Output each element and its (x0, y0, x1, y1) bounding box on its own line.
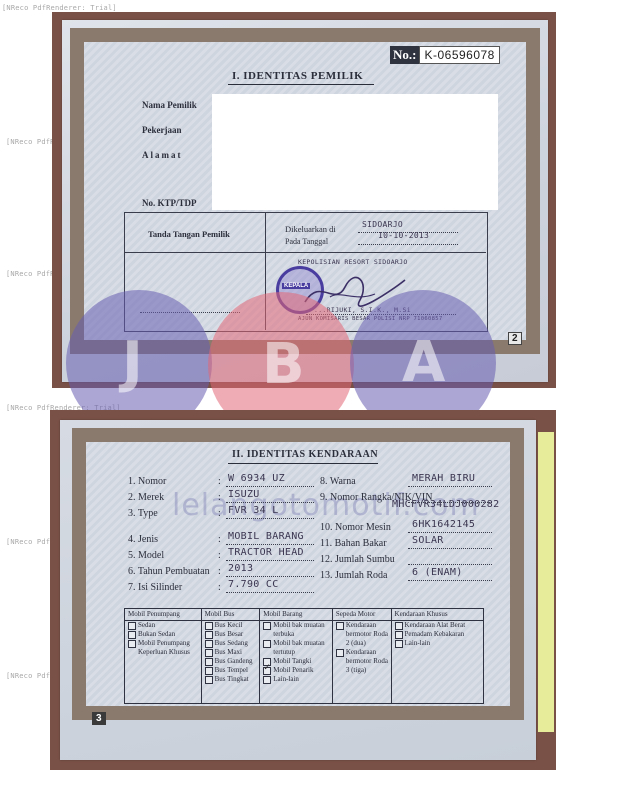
checkbox-icon (205, 667, 213, 675)
field-label: 5. Model (128, 550, 164, 561)
category-header: Mobil Bus (202, 609, 260, 621)
field-underline (226, 576, 314, 577)
field-label: 10. Nomor Mesin (320, 522, 391, 533)
page2-title-underline (228, 463, 378, 464)
option-label: Kendaraan bermotor Roda 2 (dua) (346, 621, 390, 648)
field-label: 2. Merek (128, 492, 164, 503)
field-value: MHCFVR34LDJ000282 (392, 499, 499, 510)
checkbox-icon (336, 649, 344, 657)
checkbox-icon (263, 622, 271, 630)
checkbox-icon (128, 640, 136, 648)
renderer-trial-label: [NReco PdfRenderer: Trial] (2, 4, 117, 12)
field-value: 2013 (228, 563, 253, 574)
option-label: Mobil bak muatan terbuka (273, 621, 331, 639)
date-label: Pada Tanggal (285, 237, 328, 246)
registration-number-label: No.: (390, 46, 419, 64)
category-header: Mobil Barang (260, 609, 332, 621)
title-underline (228, 84, 374, 85)
field-underline (226, 560, 314, 561)
field-value: FVR 34 L (228, 505, 279, 516)
field-value: W 6934 UZ (228, 473, 285, 484)
field-value: 7.790 CC (228, 579, 279, 590)
option-label: Kendaraan Alat Berat (405, 621, 466, 630)
field-colon: : (218, 566, 221, 577)
field-colon: : (218, 508, 221, 519)
vehicle-category-grid: Mobil PenumpangSedanBukan SedanMobil Pen… (124, 608, 484, 704)
category-column: Mobil PenumpangSedanBukan SedanMobil Pen… (125, 609, 202, 703)
option-label: Bus Sedang (215, 639, 248, 648)
category-option: Bus Kecil (202, 621, 260, 630)
field-underline (408, 548, 492, 549)
field-colon: : (218, 534, 221, 545)
category-column: Sepeda MotorKendaraan bermotor Roda 2 (d… (333, 609, 392, 703)
checkbox-icon (205, 622, 213, 630)
field-colon: : (218, 492, 221, 503)
category-header: Sepeda Motor (333, 609, 391, 621)
category-header: Mobil Penumpang (125, 609, 201, 621)
option-label: Mobil Tangki (273, 657, 311, 666)
field-label: 11. Bahan Bakar (320, 538, 387, 549)
field-colon: : (218, 582, 221, 593)
option-label: Bus Besar (215, 630, 244, 639)
registration-number-value: K-06596078 (419, 46, 499, 64)
checkbox-icon (205, 676, 213, 684)
field-label: 6. Tahun Pembuatan (128, 566, 210, 577)
category-option: Bus Sedang (202, 639, 260, 648)
option-label: Bukan Sedan (138, 630, 175, 639)
field-underline (226, 502, 314, 503)
category-option: Mobil Penarik (260, 666, 332, 675)
field-label: 8. Warna (320, 476, 356, 487)
category-option: Lain-lain (260, 675, 332, 684)
occupation-label: Pekerjaan (142, 125, 182, 135)
field-label: 12. Jumlah Sumbu (320, 554, 395, 565)
option-label: Bus Maxi (215, 648, 242, 657)
option-label: Mobil bak muatan tertutup (273, 639, 331, 657)
field-label: 4. Jenis (128, 534, 158, 545)
field-value: TRACTOR HEAD (228, 547, 304, 558)
date-line (358, 244, 458, 245)
field-value: SOLAR (412, 535, 444, 546)
page2-number: 3 (92, 712, 106, 725)
checkbox-icon (395, 631, 403, 639)
checkbox-icon (395, 640, 403, 648)
field-underline (408, 532, 492, 533)
option-label: Kendaraan bermotor Roda 3 (tiga) (346, 648, 390, 675)
category-column: Kendaraan KhususKendaraan Alat BeratPema… (392, 609, 483, 703)
category-option: Bus Tingkat (202, 675, 260, 684)
option-label: Pemadam Kebakaran (405, 630, 465, 639)
watermark-letter-j: J (122, 330, 143, 395)
category-option: Pemadam Kebakaran (392, 630, 483, 639)
field-label: 3. Type (128, 508, 158, 519)
option-label: Mobil Penumpang Keperluan Khusus (138, 639, 200, 657)
category-column: Mobil BusBus KecilBus BesarBus SedangBus… (202, 609, 261, 703)
date-value: 10-10-2013 (378, 231, 429, 240)
watermark-letter-b: B (262, 332, 305, 397)
checkbox-icon (263, 640, 271, 648)
checkbox-icon (205, 640, 213, 648)
field-underline (226, 486, 314, 487)
option-label: Sedan (138, 621, 155, 630)
signature-table-row-divider (124, 252, 486, 253)
field-underline (408, 486, 492, 487)
checkbox-icon (128, 622, 136, 630)
checkbox-icon (395, 622, 403, 630)
field-value: MOBIL BARANG (228, 531, 304, 542)
registration-number-box: No.: K-06596078 (390, 46, 500, 64)
owner-name-label: Nama Pemilik (142, 100, 197, 110)
field-colon: : (218, 476, 221, 487)
option-label: Bus Gandeng (215, 657, 253, 666)
next-page-edge (538, 432, 554, 732)
option-label: Bus Kecil (215, 621, 243, 630)
category-option: Bus Gandeng (202, 657, 260, 666)
field-value: ISUZU (228, 489, 260, 500)
category-option: Bus Tempel (202, 666, 260, 675)
owner-signature-label: Tanda Tangan Pemilik (148, 229, 230, 239)
field-underline (408, 502, 492, 503)
option-label: Mobil Penarik (273, 666, 313, 675)
category-option: Lain-lain (392, 639, 483, 648)
category-column: Mobil BarangMobil bak muatan terbukaMobi… (260, 609, 333, 703)
field-value: MERAH BIRU (412, 473, 475, 484)
field-label: 13. Jumlah Roda (320, 570, 388, 581)
category-option: Bukan Sedan (125, 630, 201, 639)
field-label: 1. Nomor (128, 476, 166, 487)
page1-number: 2 (508, 332, 522, 345)
category-option: Kendaraan Alat Berat (392, 621, 483, 630)
category-option: Mobil Tangki (260, 657, 332, 666)
option-label: Lain-lain (405, 639, 431, 648)
category-option: Bus Besar (202, 630, 260, 639)
field-underline (226, 592, 314, 593)
checkbox-icon (128, 631, 136, 639)
checkbox-icon (263, 676, 271, 684)
field-label: 7. Isi Silinder (128, 582, 182, 593)
option-label: Bus Tingkat (215, 675, 249, 684)
page2-title: II. IDENTITAS KENDARAAN (232, 449, 378, 460)
redacted-owner-info (212, 94, 498, 210)
field-underline (408, 580, 492, 581)
field-underline (226, 518, 314, 519)
checkbox-icon (205, 658, 213, 666)
checkbox-icon (336, 622, 344, 630)
category-option: Bus Maxi (202, 648, 260, 657)
category-option: Mobil Penumpang Keperluan Khusus (125, 639, 201, 657)
checkbox-icon (205, 631, 213, 639)
watermark-letter-a: A (402, 330, 445, 395)
field-value: 6HK1642145 (412, 519, 475, 530)
ktp-label: No. KTP/TDP (142, 198, 197, 208)
issued-at-value: SIDOARJO (362, 220, 403, 229)
option-label: Bus Tempel (215, 666, 248, 675)
category-option: Kendaraan bermotor Roda 3 (tiga) (333, 648, 391, 675)
category-header: Kendaraan Khusus (392, 609, 483, 621)
issuer-title: KEPOLISIAN RESORT SIDOARJO (298, 258, 408, 266)
checked-checkbox-icon (263, 667, 271, 675)
checkbox-icon (205, 649, 213, 657)
category-option: Kendaraan bermotor Roda 2 (dua) (333, 621, 391, 648)
field-underline (226, 544, 314, 545)
category-option: Sedan (125, 621, 201, 630)
field-colon: : (218, 550, 221, 561)
option-label: Lain-lain (273, 675, 299, 684)
page1-title: I. IDENTITAS PEMILIK (232, 70, 363, 82)
category-option: Mobil bak muatan tertutup (260, 639, 332, 657)
address-label: Alamat (142, 150, 183, 160)
field-underline (408, 564, 492, 565)
field-value: 6 (ENAM) (412, 567, 463, 578)
category-option: Mobil bak muatan terbuka (260, 621, 332, 639)
issued-at-label: Dikeluarkan di (285, 224, 336, 234)
